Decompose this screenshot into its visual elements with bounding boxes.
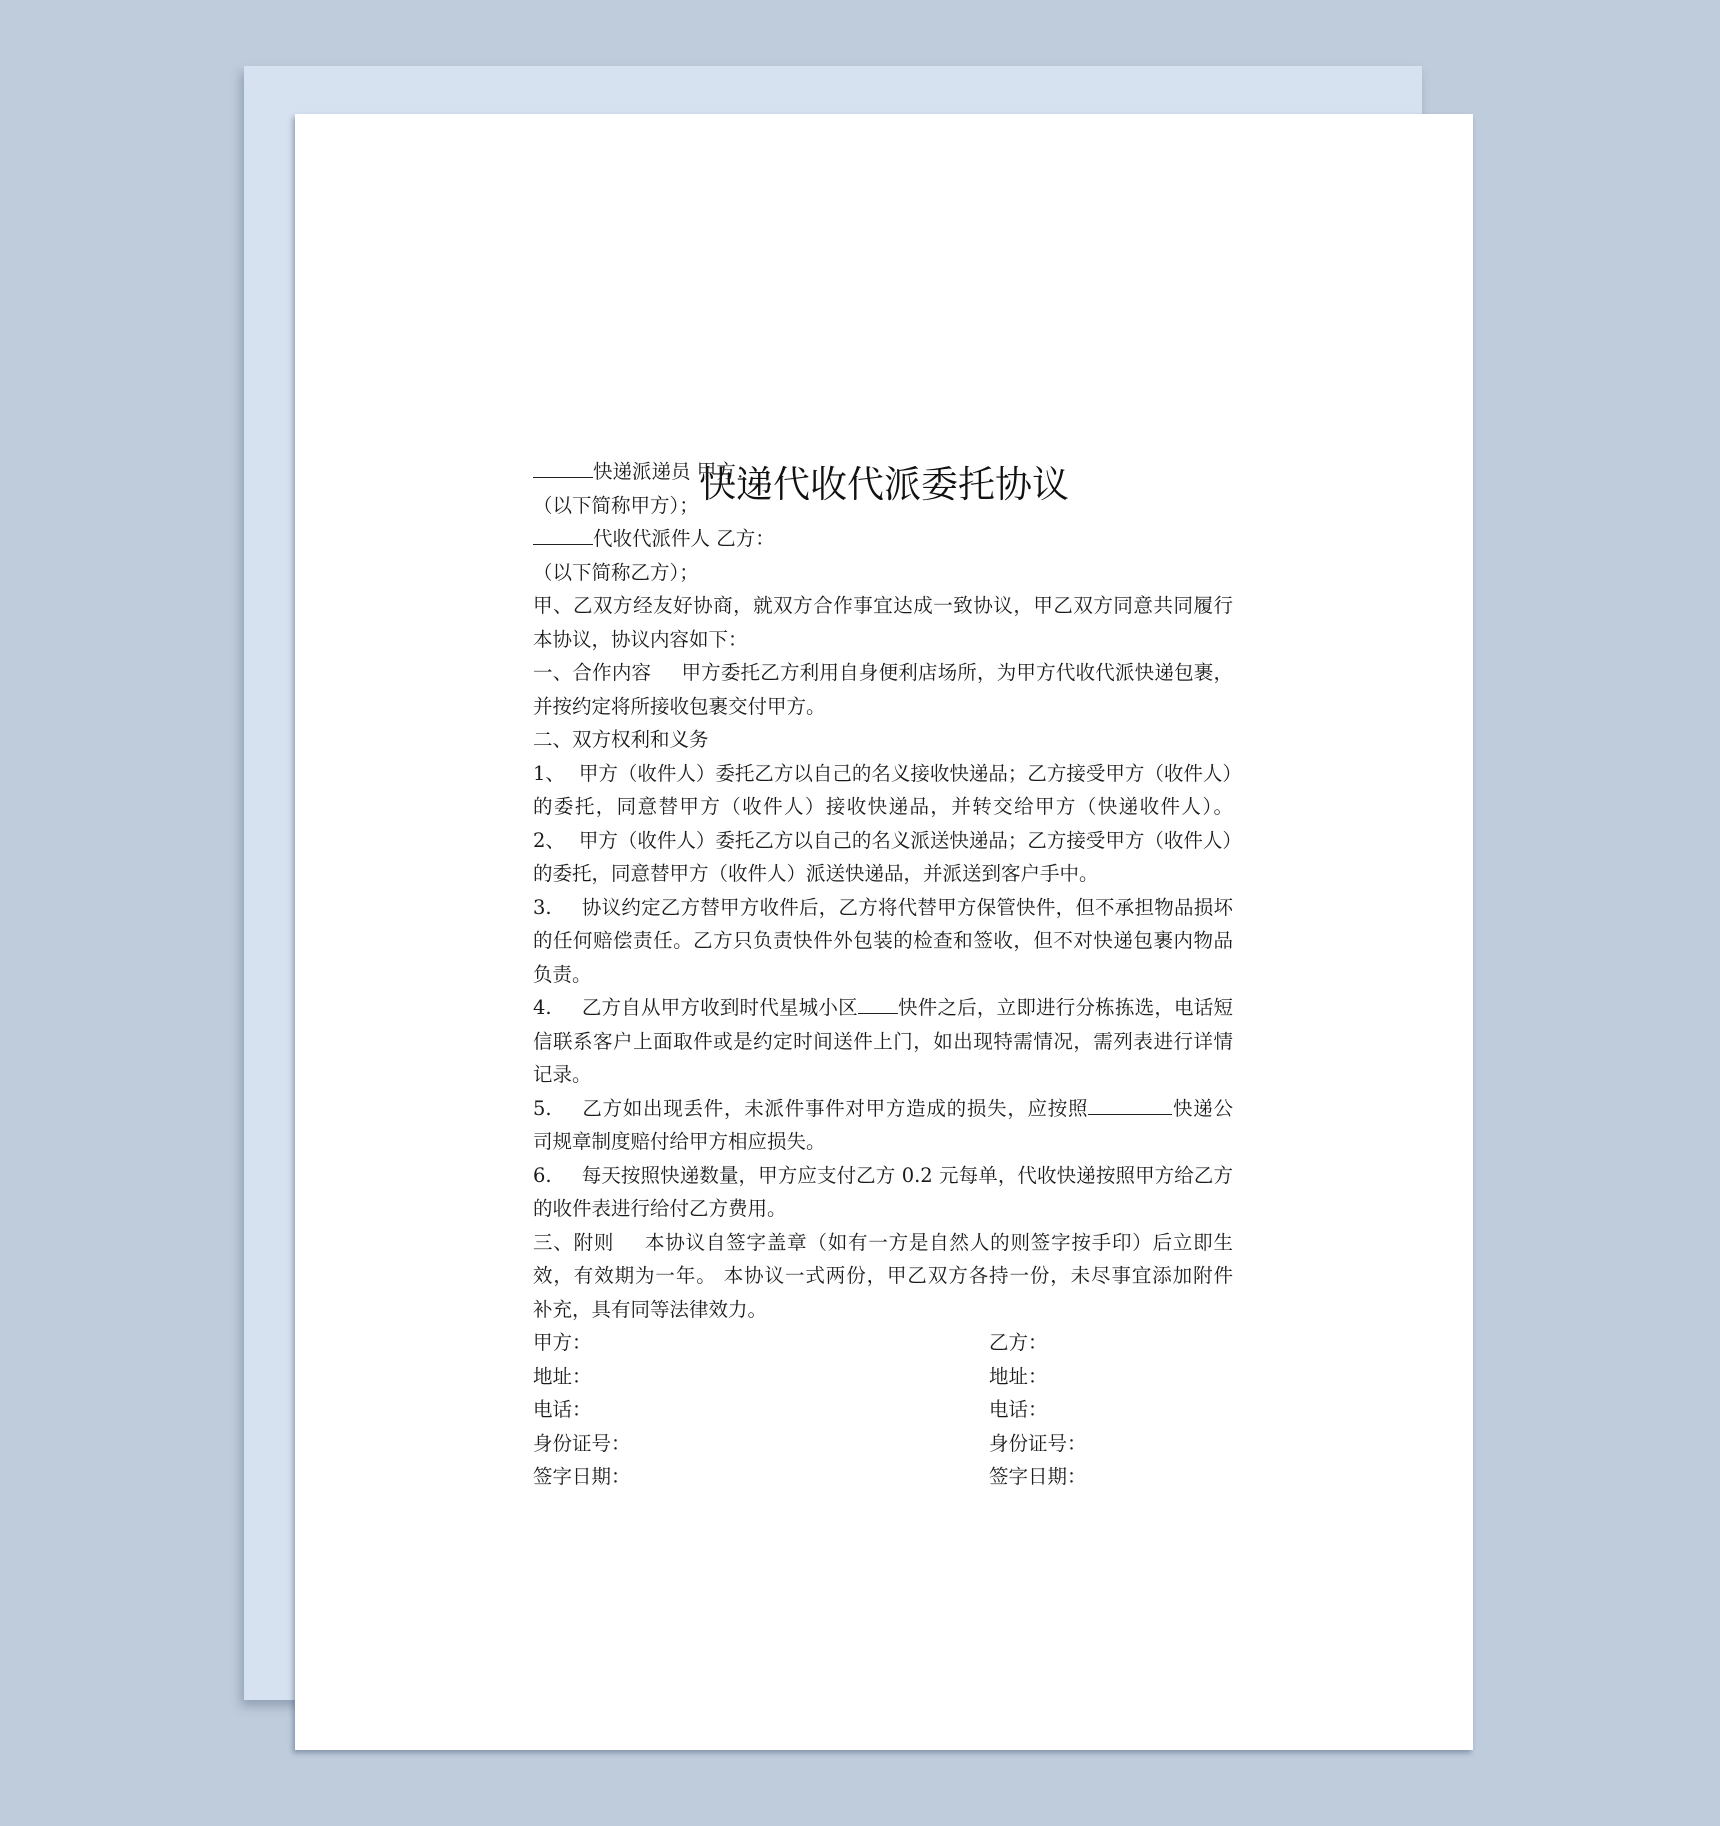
- clause-number: 5.: [533, 1097, 552, 1120]
- clause-6-line: 的收件表进行给付乙方费用。: [533, 1192, 1233, 1226]
- section1-line: 并按约定将所接收包裹交付甲方。: [533, 690, 1233, 724]
- party-a-abbr: （以下简称甲方）；: [533, 489, 1233, 523]
- party-b-line: 代收代派件人 乙方：: [533, 522, 1233, 556]
- clause-text: 乙方如出现丢件，未派件事件对甲方造成的损失，应按照: [582, 1097, 1089, 1120]
- clause-text: 快递公: [1172, 1097, 1233, 1120]
- signature-row-date: 签字日期： 签字日期：: [533, 1460, 1233, 1494]
- signature-row-id: 身份证号： 身份证号：: [533, 1427, 1233, 1461]
- party-b-abbr-text: （以下简称乙方）；: [533, 561, 699, 584]
- clause-text: 乙方自从甲方收到时代星城小区: [582, 996, 858, 1019]
- clause-number: 4.: [533, 996, 552, 1019]
- clause-text: 快件之后，立即进行分栋拣选，电话短: [898, 996, 1233, 1019]
- clause-text: 协议约定乙方替甲方收件后，乙方将代替甲方保管快件，但不承担物品损坏: [582, 896, 1233, 919]
- clause-4-line: 信联系客户上面取件或是约定时间送件上门，如出现特需情况，需列表进行详情: [533, 1025, 1233, 1059]
- party-a-abbr-text: （以下简称甲方）；: [533, 494, 699, 517]
- clause-2-line: 的委托，同意替甲方（收件人）派送快递品，并派送到客户手中。: [533, 857, 1233, 891]
- party-a-phone-label: 电话：: [533, 1393, 592, 1427]
- party-b-address-label: 地址：: [989, 1360, 1048, 1394]
- signature-row-party: 甲方： 乙方：: [533, 1326, 1233, 1360]
- clause-2-line: 2、甲方（收件人）委托乙方以自己的名义派送快递品；乙方接受甲方（收件人）: [533, 824, 1233, 858]
- clause-5-line: 司规章制度赔付给甲方相应损失。: [533, 1125, 1233, 1159]
- party-b-label: 乙方：: [716, 527, 775, 550]
- party-b-sign-label: 乙方：: [989, 1326, 1048, 1360]
- party-b-phone-label: 电话：: [989, 1393, 1048, 1427]
- party-a-line: 快递派递员 甲方：: [533, 455, 1233, 489]
- blank-field: [533, 522, 593, 545]
- section3-text: 本协议自签字盖章（如有一方是自然人的则签字按手印）后立即生: [644, 1231, 1233, 1254]
- preamble-line: 本协议，协议内容如下：: [533, 623, 1233, 657]
- party-b-date-label: 签字日期：: [989, 1460, 1087, 1494]
- section3-line: 效，有效期为一年。 本协议一式两份，甲乙双方各持一份，未尽事宜添加附件: [533, 1259, 1233, 1293]
- section2-heading: 二、双方权利和义务: [533, 723, 1233, 757]
- section3-line: 补充，具有同等法律效力。: [533, 1293, 1233, 1327]
- blank-field: [1088, 1092, 1172, 1115]
- clause-text: 每天按照快递数量，甲方应支付乙方 0.2 元每单，代收快递按照甲方给乙方: [582, 1164, 1233, 1187]
- clause-number: 3.: [533, 896, 552, 919]
- clause-4-line: 记录。: [533, 1058, 1233, 1092]
- clause-3-line: 3.协议约定乙方替甲方收件后，乙方将代替甲方保管快件，但不承担物品损坏: [533, 891, 1233, 925]
- signature-row-address: 地址： 地址：: [533, 1360, 1233, 1394]
- clause-text: 甲方（收件人）委托乙方以自己的名义派送快递品；乙方接受甲方（收件人）: [579, 829, 1242, 852]
- section3-heading: 三、附则: [533, 1231, 614, 1254]
- section3-line: 三、附则本协议自签字盖章（如有一方是自然人的则签字按手印）后立即生: [533, 1226, 1233, 1260]
- clause-number: 6.: [533, 1164, 552, 1187]
- clause-1-line: 1、甲方（收件人）委托乙方以自己的名义接收快递品；乙方接受甲方（收件人）: [533, 757, 1233, 791]
- clause-number: 1、: [533, 762, 565, 785]
- party-a-date-label: 签字日期：: [533, 1460, 631, 1494]
- party-b-abbr: （以下简称乙方）；: [533, 556, 1233, 590]
- party-b-id-label: 身份证号：: [989, 1427, 1087, 1461]
- blank-field: [533, 455, 593, 478]
- blank-field: [858, 991, 898, 1014]
- clause-4-line: 4.乙方自从甲方收到时代星城小区快件之后，立即进行分栋拣选，电话短: [533, 991, 1233, 1025]
- section1-text: 甲方委托乙方利用自身便利店场所，为甲方代收代派快递包裹，: [681, 661, 1233, 684]
- signature-row-phone: 电话： 电话：: [533, 1393, 1233, 1427]
- clause-text: 甲方（收件人）委托乙方以自己的名义接收快递品；乙方接受甲方（收件人）: [579, 762, 1242, 785]
- clause-number: 2、: [533, 829, 565, 852]
- party-a-id-label: 身份证号：: [533, 1427, 631, 1461]
- document-body: 快递派递员 甲方： （以下简称甲方）； 代收代派件人 乙方： （以下简称乙方）；…: [533, 455, 1233, 1494]
- section1-heading: 一、合作内容: [533, 661, 651, 684]
- clause-1-line: 的委托，同意替甲方（收件人）接收快递品，并转交给甲方（快递收件人）。: [533, 790, 1233, 824]
- party-a-address-label: 地址：: [533, 1360, 592, 1394]
- party-a-role: 快递派递员: [593, 460, 691, 483]
- party-b-role: 代收代派件人: [593, 527, 710, 550]
- clause-6-line: 6.每天按照快递数量，甲方应支付乙方 0.2 元每单，代收快递按照甲方给乙方: [533, 1159, 1233, 1193]
- section1-line: 一、合作内容甲方委托乙方利用自身便利店场所，为甲方代收代派快递包裹，: [533, 656, 1233, 690]
- clause-3-line: 负责。: [533, 958, 1233, 992]
- preamble-line: 甲、乙双方经友好协商，就双方合作事宜达成一致协议，甲乙双方同意共同履行: [533, 589, 1233, 623]
- party-a-label: 甲方：: [697, 460, 756, 483]
- party-a-sign-label: 甲方：: [533, 1326, 592, 1360]
- clause-5-line: 5.乙方如出现丢件，未派件事件对甲方造成的损失，应按照快递公: [533, 1092, 1233, 1126]
- clause-3-line: 的任何赔偿责任。乙方只负责快件外包装的检查和签收，但不对快递包裹内物品: [533, 924, 1233, 958]
